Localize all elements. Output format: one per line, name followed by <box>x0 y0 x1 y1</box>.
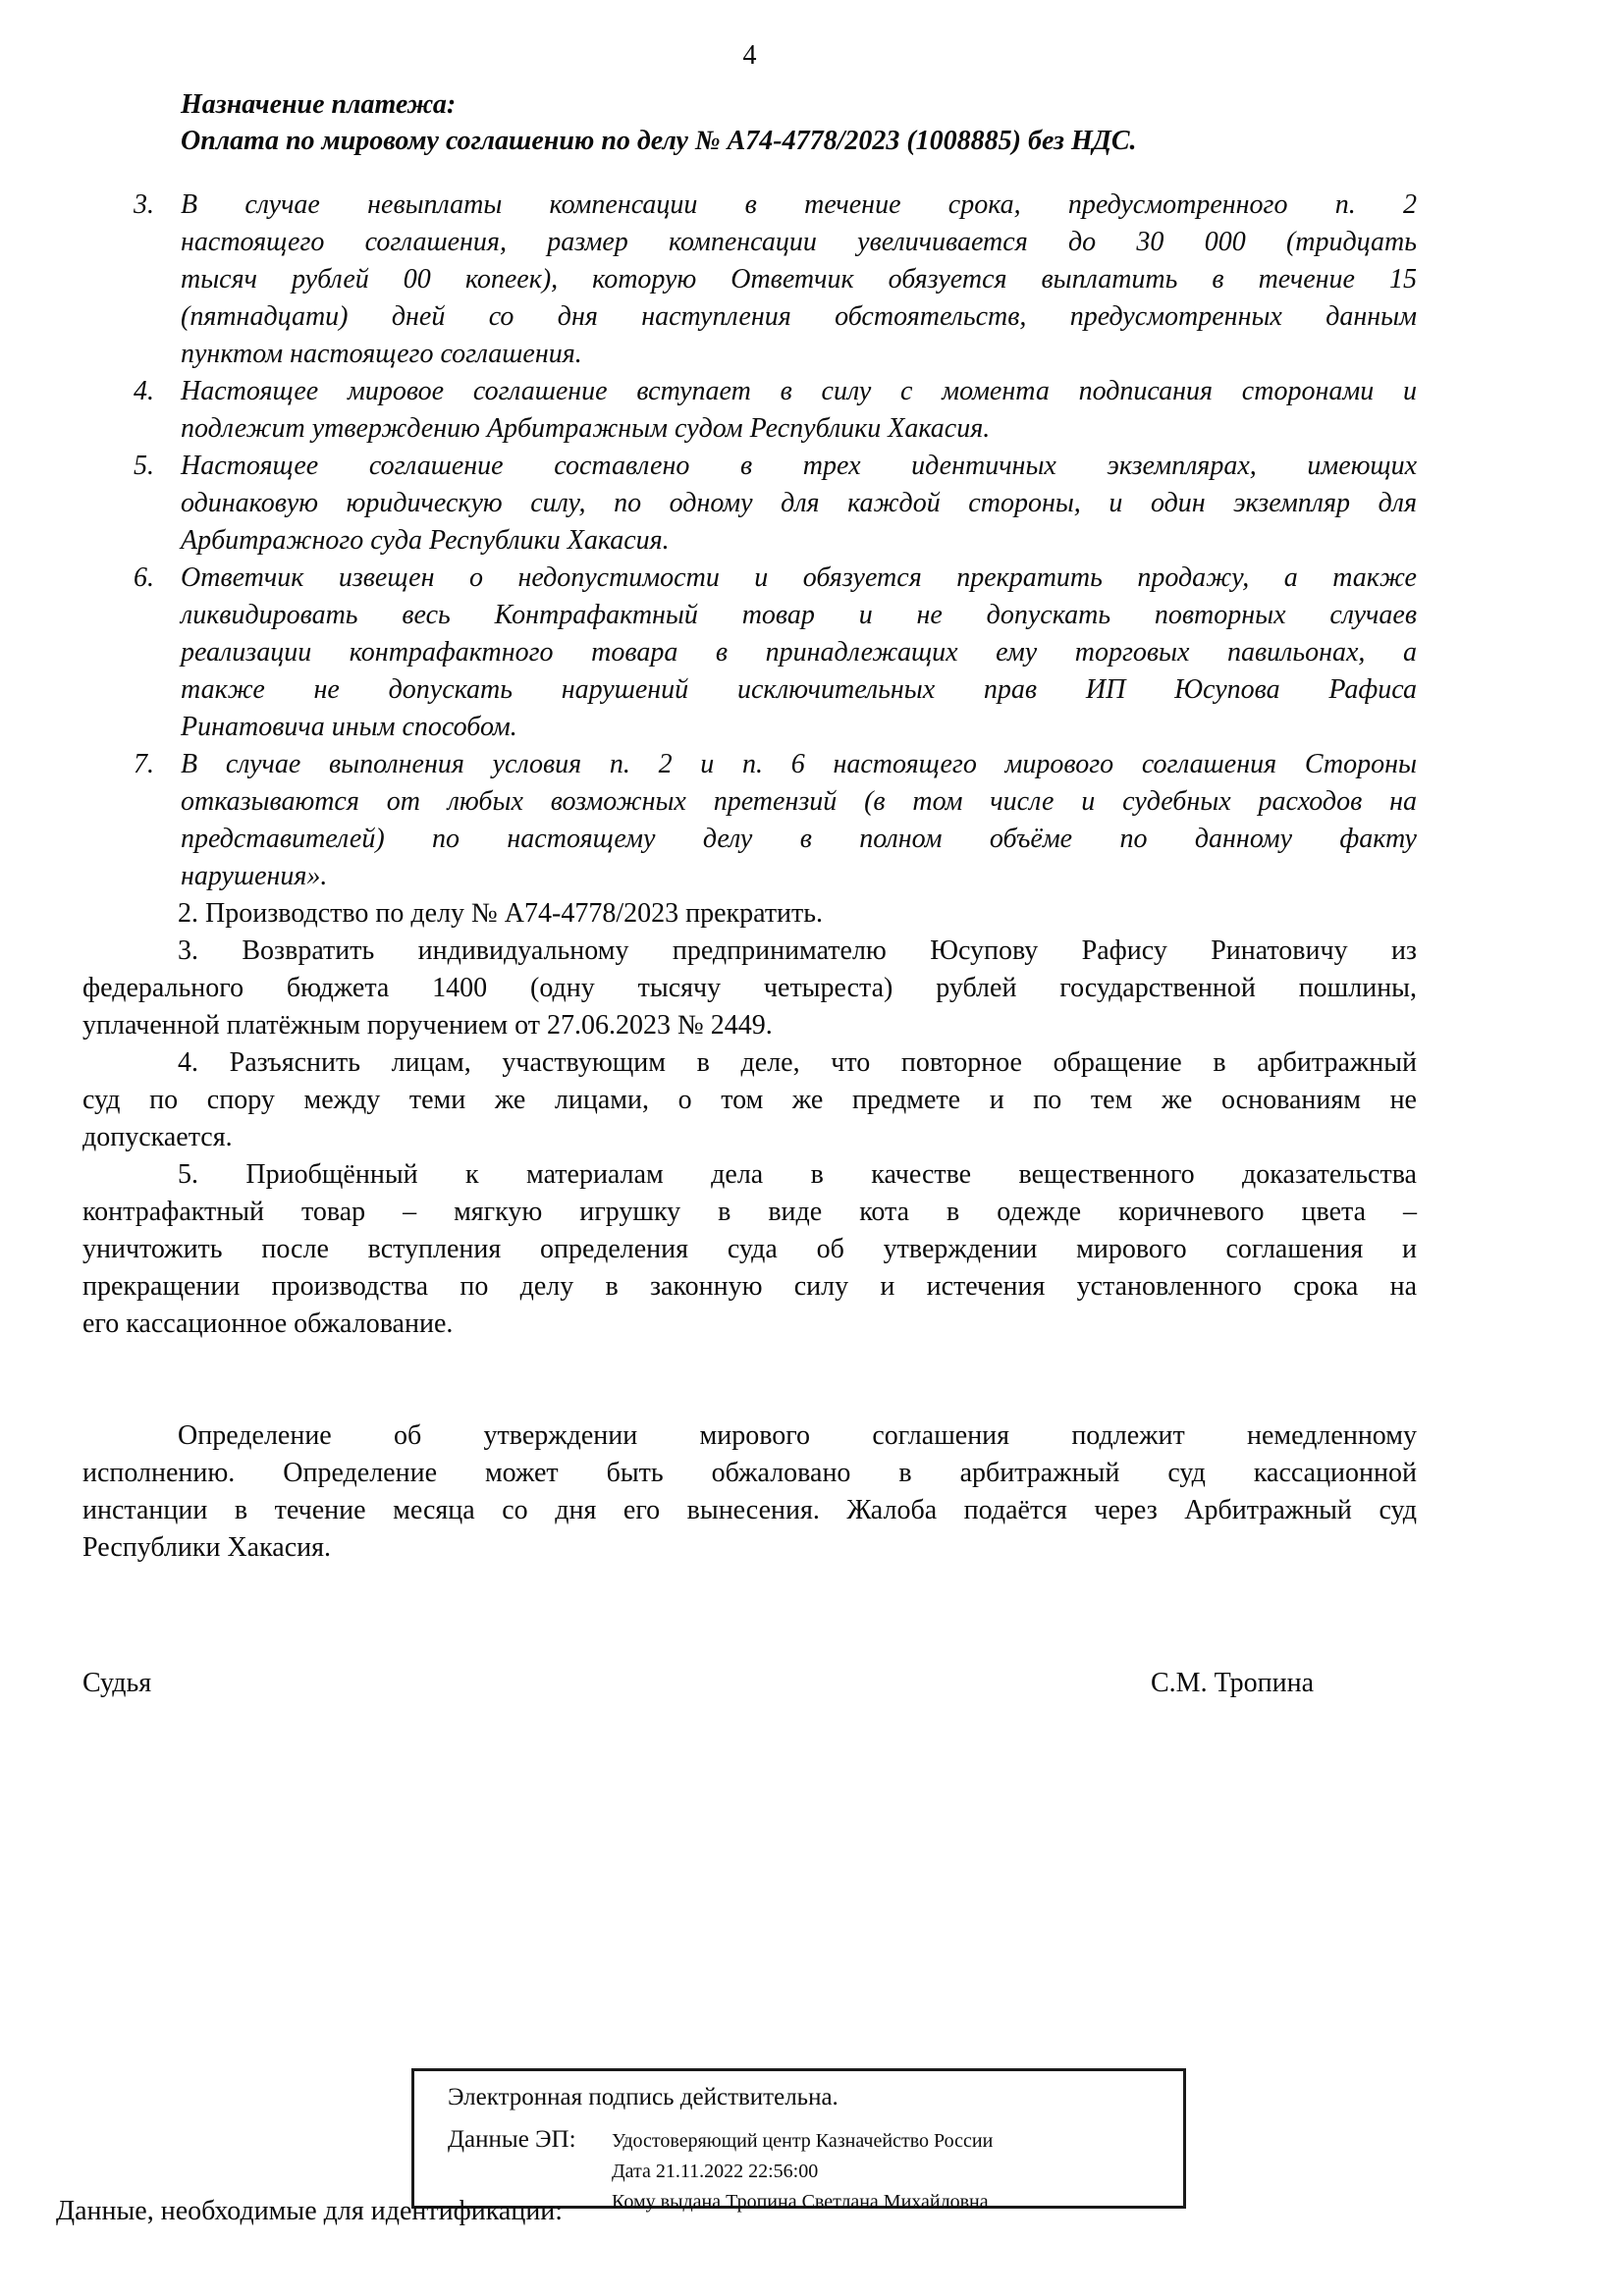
esign-details: Удостоверяющий центр Казначейство России… <box>612 2126 993 2217</box>
paragraph: 4. Разъяснить лицам, участвующим в деле,… <box>82 1044 1417 1156</box>
text-line: суд по спору между теми же лицами, о том… <box>82 1082 1417 1119</box>
page-number: 4 <box>82 39 1417 73</box>
text-line: представителей) по настоящему делу в пол… <box>181 821 1417 858</box>
payment-purpose-value: Оплата по мировому соглашению по делу № … <box>181 123 1417 159</box>
text-line: контрафактный товар – мягкую игрушку в в… <box>82 1194 1417 1231</box>
text-line: федерального бюджета 1400 (одну тысячу ч… <box>82 970 1417 1007</box>
text-line: одинаковую юридическую силу, по одному д… <box>181 485 1417 522</box>
electronic-signature-box: Электронная подпись действительна. Данны… <box>411 2068 1186 2209</box>
esign-detail-line: Удостоверяющий центр Казначейство России <box>612 2126 993 2157</box>
text-line: 5. Приобщённый к материалам дела в качес… <box>82 1156 1417 1194</box>
paragraph: 2. Производство по делу № А74-4778/2023 … <box>82 895 1417 933</box>
text-line: отказываются от любых возможных претензи… <box>181 783 1417 821</box>
document-body: 3.В случае невыплаты компенсации в течен… <box>82 187 1417 1567</box>
text-line: его кассационное обжалование. <box>82 1306 1417 1343</box>
paragraph: 5. Приобщённый к материалам дела в качес… <box>82 1156 1417 1343</box>
judge-name: С.М. Тропина <box>1151 1665 1314 1702</box>
text-line: Ринатовича иным способом. <box>181 709 1417 746</box>
text-line: В случае выполнения условия п. 2 и п. 6 … <box>181 746 1417 783</box>
text-line: Республики Хакасия. <box>82 1529 1417 1567</box>
ordered-list-item: 7.В случае выполнения условия п. 2 и п. … <box>181 746 1417 895</box>
text-line: 4. Разъяснить лицам, участвующим в деле,… <box>82 1044 1417 1082</box>
text-line: 2. Производство по делу № А74-4778/2023 … <box>82 895 1417 933</box>
text-line: прекращении производства по делу в закон… <box>82 1268 1417 1306</box>
text-line: Арбитражного суда Республики Хакасия. <box>181 522 1417 560</box>
payment-purpose-label: Назначение платежа: <box>181 86 1417 123</box>
judge-signature-row: Судья С.М. Тропина <box>82 1665 1417 1702</box>
list-number: 7. <box>134 746 154 783</box>
esign-detail-line: Дата 21.11.2022 22:56:00 <box>612 2157 993 2187</box>
text-line: уничтожить после вступления определения … <box>82 1231 1417 1268</box>
ordered-list-item: 6.Ответчик извещен о недопустимости и об… <box>181 560 1417 746</box>
list-number: 6. <box>134 560 154 597</box>
paragraph: 3. Возвратить индивидуальному предприним… <box>82 933 1417 1044</box>
text-line: Настоящее соглашение составлено в трех и… <box>181 448 1417 485</box>
text-line: также не допускать нарушений исключитель… <box>181 671 1417 709</box>
text-line: тысяч рублей 00 копеек), которую Ответчи… <box>181 261 1417 298</box>
text-line: Ответчик извещен о недопустимости и обяз… <box>181 560 1417 597</box>
esign-valid-text: Электронная подпись действительна. <box>448 2083 1173 2112</box>
text-line: (пятнадцати) дней со дня наступления обс… <box>181 298 1417 336</box>
payment-purpose-heading: Назначение платежа: Оплата по мировому с… <box>181 86 1417 159</box>
ordered-list-item: 4.Настоящее мировое соглашение вступает … <box>181 373 1417 448</box>
ordered-list-item: 5.Настоящее соглашение составлено в трех… <box>181 448 1417 560</box>
text-line: пунктом настоящего соглашения. <box>181 336 1417 373</box>
ordered-list-item: 3.В случае невыплаты компенсации в течен… <box>181 187 1417 373</box>
list-number: 5. <box>134 448 154 485</box>
text-line: В случае невыплаты компенсации в течение… <box>181 187 1417 224</box>
list-number: 3. <box>134 187 154 224</box>
text-line: ликвидировать весь Контрафактный товар и… <box>181 597 1417 634</box>
list-number: 4. <box>134 373 154 410</box>
text-line: исполнению. Определение может быть обжал… <box>82 1455 1417 1492</box>
paragraph: Определение об утверждении мирового согл… <box>82 1417 1417 1567</box>
text-line: подлежит утверждению Арбитражным судом Р… <box>181 410 1417 448</box>
text-line: реализации контрафактного товара в прина… <box>181 634 1417 671</box>
text-line: настоящего соглашения, размер компенсаци… <box>181 224 1417 261</box>
text-line: 3. Возвратить индивидуальному предприним… <box>82 933 1417 970</box>
document-content: 4 Назначение платежа: Оплата по мировому… <box>82 39 1417 1702</box>
text-line: инстанции в течение месяца со дня его вы… <box>82 1492 1417 1529</box>
text-line: допускается. <box>82 1119 1417 1156</box>
text-line: нарушения». <box>181 858 1417 895</box>
esign-detail-line: Кому выдана Тропина Светлана Михайловна <box>612 2187 993 2217</box>
text-line: Определение об утверждении мирового согл… <box>82 1417 1417 1455</box>
footer-identification-text: Данные, необходимые для идентификации: <box>56 2195 563 2228</box>
document-page: { "page": { "number": "4" }, "header": {… <box>0 0 1623 2296</box>
text-line: уплаченной платёжным поручением от 27.06… <box>82 1007 1417 1044</box>
judge-label: Судья <box>82 1668 151 1698</box>
text-line: Настоящее мировое соглашение вступает в … <box>181 373 1417 410</box>
